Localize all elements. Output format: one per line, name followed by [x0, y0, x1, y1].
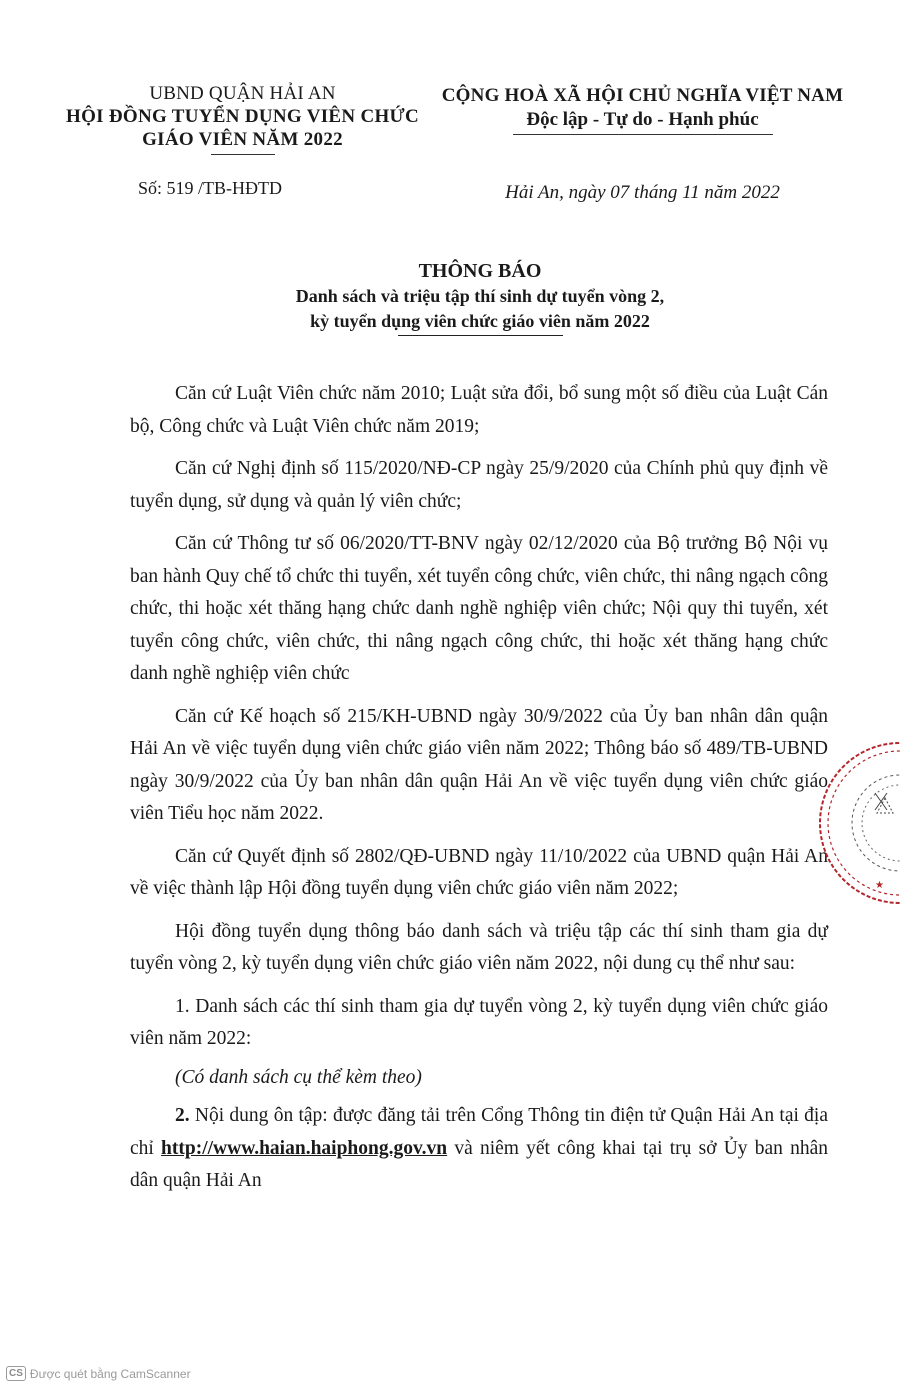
item-1-number: 1. [175, 996, 190, 1017]
document-number: Số: 519 /TB-HĐTD [40, 178, 380, 199]
place-date: Hải An, ngày 07 tháng 11 năm 2022 [425, 182, 860, 204]
item-2: 2. Nội dung ôn tập: được đăng tải trên C… [130, 1100, 828, 1198]
title-heading: THÔNG BÁO [140, 258, 820, 284]
legal-basis-5: Căn cứ Quyết định số 2802/QĐ-UBND ngày 1… [130, 841, 828, 906]
camscanner-logo-icon: CS [6, 1366, 26, 1381]
announcement-intro: Hội đồng tuyển dụng thông báo danh sách … [130, 916, 828, 981]
legal-basis-4: Căn cứ Kế hoạch số 215/KH-UBND ngày 30/9… [130, 701, 828, 831]
title-underline [398, 335, 563, 336]
council-name-line2: GIÁO VIÊN NĂM 2022 [40, 128, 445, 151]
council-name-line1: HỘI ĐỒNG TUYỂN DỤNG VIÊN CHỨC [40, 105, 445, 128]
legal-basis-1: Căn cứ Luật Viên chức năm 2010; Luật sửa… [130, 378, 828, 443]
official-seal-icon: ★ [815, 738, 900, 908]
document-title: THÔNG BÁO Danh sách và triệu tập thí sin… [140, 258, 820, 336]
item-1: 1. Danh sách các thí sinh tham gia dự tu… [130, 991, 828, 1056]
national-header: CỘNG HOÀ XÃ HỘI CHỦ NGHĨA VIỆT NAM Độc l… [425, 84, 860, 135]
issuing-authority: UBND QUẬN HẢI AN HỘI ĐỒNG TUYỂN DỤNG VIÊ… [40, 82, 445, 155]
document-body: Căn cứ Luật Viên chức năm 2010; Luật sửa… [130, 378, 828, 1208]
title-subtitle-line2: kỳ tuyển dụng viên chức giáo viên năm 20… [140, 309, 820, 334]
legal-basis-3: Căn cứ Thông tư số 06/2020/TT-BNV ngày 0… [130, 528, 828, 691]
scanner-watermark: CS Được quét bằng CamScanner [6, 1366, 191, 1381]
watermark-text: Được quét bằng CamScanner [30, 1367, 191, 1381]
item-1-text: Danh sách các thí sinh tham gia dự tuyển… [130, 996, 828, 1050]
nation-name: CỘNG HOÀ XÃ HỘI CHỦ NGHĨA VIỆT NAM [425, 84, 860, 108]
item-2-number: 2. [175, 1105, 190, 1126]
motto-underline [513, 134, 773, 135]
organization-name: UBND QUẬN HẢI AN [40, 82, 445, 105]
portal-link[interactable]: http://www.haian.haiphong.gov.vn [161, 1138, 447, 1159]
svg-text:★: ★ [875, 880, 884, 891]
legal-basis-2: Căn cứ Nghị định số 115/2020/NĐ-CP ngày … [130, 453, 828, 518]
title-subtitle-line1: Danh sách và triệu tập thí sinh dự tuyển… [140, 284, 820, 309]
national-motto: Độc lập - Tự do - Hạnh phúc [425, 108, 860, 132]
authority-underline [211, 154, 275, 155]
item-1-note: (Có danh sách cụ thể kèm theo) [130, 1062, 828, 1095]
